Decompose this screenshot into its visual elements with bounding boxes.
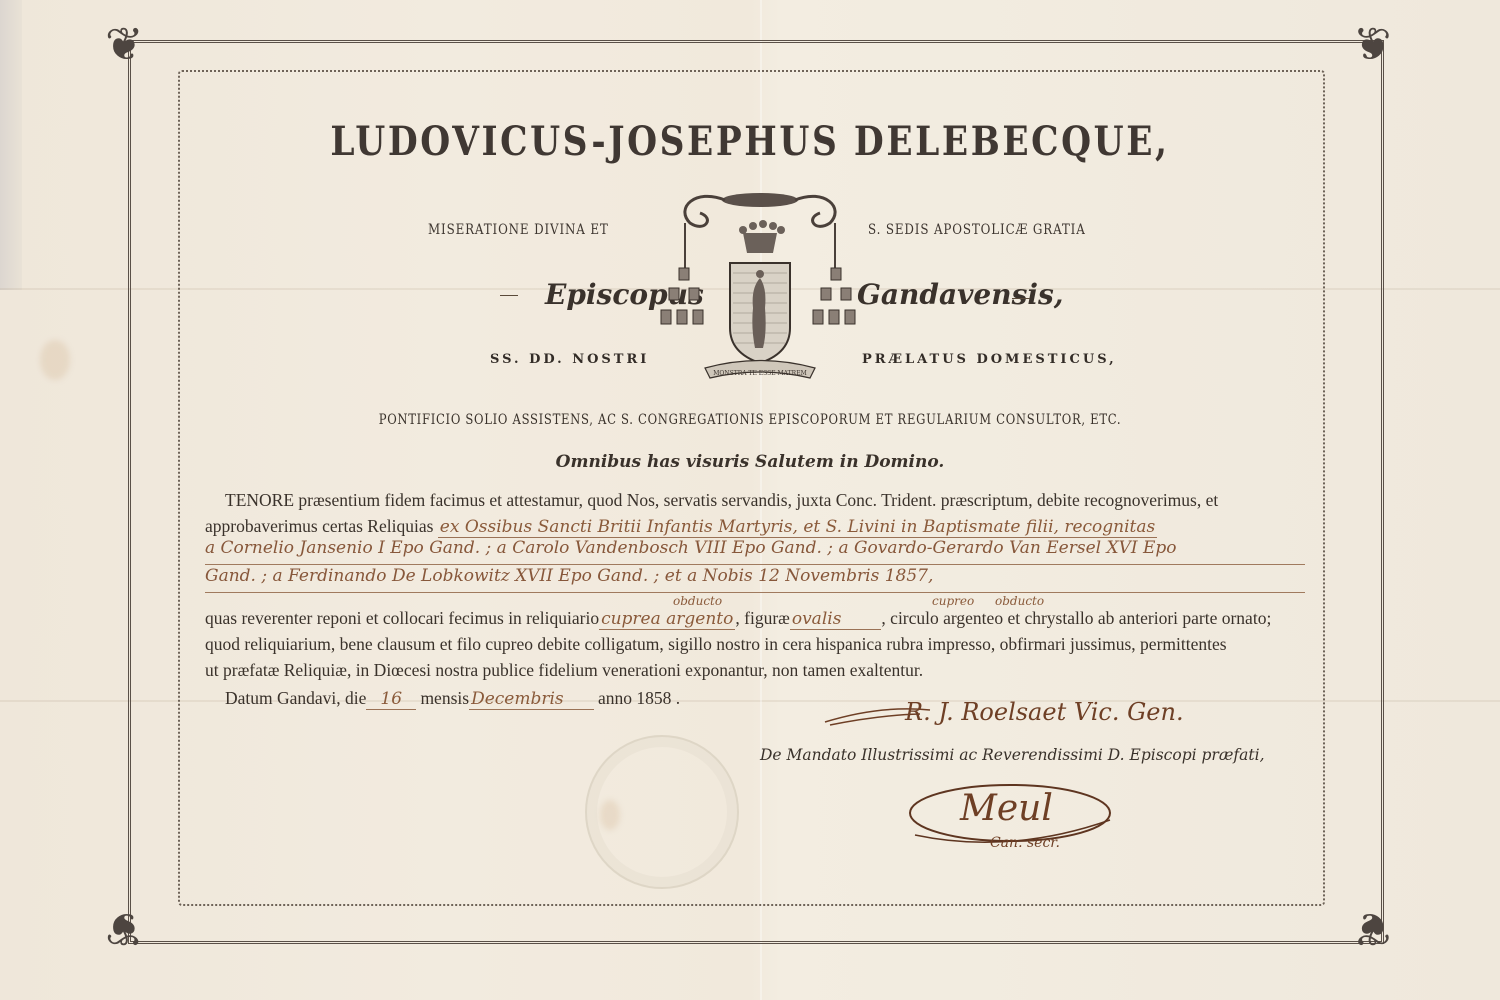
paragraph-line-1: TENORE præsentium fidem facimus et attes… <box>225 490 1218 511</box>
document-paper: ❦ ❦ ❦ ❦ LUDOVICUS-JOSEPHUS DELEBECQUE, M… <box>0 0 1500 1000</box>
mandate-line: De Mandato Illustrissimi ac Reverendissi… <box>760 746 1265 764</box>
coat-of-arms-motto: MONSTRA TE ESSE MATREM <box>713 370 806 377</box>
vicar-general-signature: R. J. Roelsaet Vic. Gen. <box>905 698 1184 726</box>
flourish-corner-icon: ❦ <box>1353 905 1392 951</box>
dash-ornament <box>1012 298 1030 299</box>
flourish-corner-icon: ❦ <box>105 22 144 68</box>
consultor-line: PONTIFICIO SOLIO ASSISTENS, AC S. CONGRE… <box>105 412 1395 428</box>
date-line: Datum Gandavi, die16 mensisDecembris ann… <box>225 688 680 709</box>
line5-text: et chrystallo ab anteriori parte ornato; <box>1007 608 1271 628</box>
paragraph-line-6: quod reliquiarium, bene clausum et filo … <box>205 634 1227 655</box>
date-mensis: mensis <box>420 688 469 708</box>
stain <box>40 340 70 380</box>
handwritten-reliquary: cuprea argento <box>599 609 735 630</box>
handwritten-day: 16 <box>366 689 416 710</box>
heading-lower-right: PRÆLATUS DOMESTICUS, <box>862 352 1117 367</box>
handwritten-sup-obducto: obducto <box>995 594 1044 608</box>
flourish-corner-icon: ❦ <box>105 905 144 951</box>
dash-ornament <box>500 295 518 296</box>
line5-text: , figuræ <box>735 608 789 628</box>
handwritten-line-3: a Cornelio Jansenio I Epo Gand. ; a Caro… <box>205 538 1305 565</box>
heading-upper-left: MISERATIONE DIVINA ET <box>428 222 609 238</box>
line5-text: , circulo <box>881 608 938 628</box>
heading-lower-left: SS. DD. NOSTRI <box>490 352 649 367</box>
handwritten-relics: ex Ossibus Sancti Britii Infantis Martyr… <box>438 517 1157 538</box>
handwritten-line-4: Gand. ; a Ferdinando De Lobkowitz XVII E… <box>205 566 1305 593</box>
paragraph-line-2: approbaverimus certas Reliquias ex Ossib… <box>205 516 1157 537</box>
bishop-name-title: LUDOVICUS-JOSEPHUS DELEBECQUE, <box>105 118 1395 165</box>
paragraph-line-5: quas reverenter reponi et collocari feci… <box>205 608 1271 629</box>
underlying-sheet-edge <box>0 0 22 290</box>
paragraph-line-7: ut præfatæ Reliquiæ, in Diœcesi nostra p… <box>205 660 923 681</box>
coat-of-arms-icon: MONSTRA TE ESSE MATREM <box>655 178 865 393</box>
line2-printed: approbaverimus certas Reliquias <box>205 516 433 536</box>
flourish-corner-icon: ❦ <box>1353 22 1392 68</box>
gandavensis-label: Gandavensis, <box>857 278 1064 311</box>
handwritten-shape: ovalis <box>790 609 882 630</box>
secretary-signature: Meul <box>960 788 1053 829</box>
date-prefix: Datum Gandavi, die <box>225 688 366 708</box>
line1-text: præsentium fidem facimus et attestamur, … <box>298 490 1218 510</box>
tenore-lead: TENORE <box>225 490 294 510</box>
date-year: anno 1858 . <box>598 688 680 708</box>
embossed-seal <box>585 735 739 889</box>
handwritten-sup-obducto: obducto <box>673 594 722 608</box>
secretary-title: Can. secr. <box>990 835 1060 851</box>
handwritten-sup-cupreo: cupreo <box>932 594 974 608</box>
handwritten-month: Decembris <box>469 689 594 710</box>
heading-upper-right: S. SEDIS APOSTOLICÆ GRATIA <box>868 222 1086 238</box>
greeting-line: Omnibus has visuris Salutem in Domino. <box>0 452 1500 472</box>
line5-text: quas reverenter reponi et collocari feci… <box>205 608 599 628</box>
line5-text: argenteo <box>943 608 1003 628</box>
